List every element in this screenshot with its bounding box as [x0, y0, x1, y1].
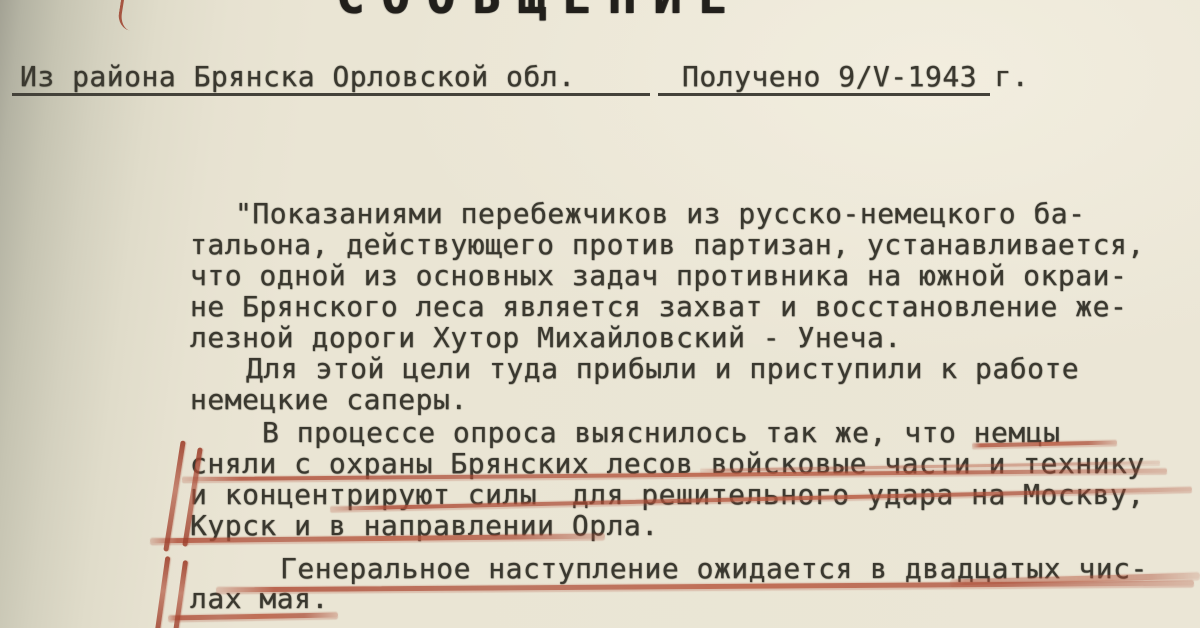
text-line: что одной из основных задач противника н…	[190, 260, 1145, 291]
text-line: лезной дороги Хутор Михайловский - Унеча…	[190, 322, 1145, 353]
text-line: "Показаниями перебежчиков из русско-неме…	[190, 198, 1145, 229]
paragraph-deserters: "Показаниями перебежчиков из русско-неме…	[190, 198, 1145, 415]
text-line: тальона, действующего против партизан, у…	[190, 229, 1145, 260]
text-line: Для этой цели туда прибыли и приступили …	[190, 353, 1145, 384]
header-origin-text: Из района Брянска Орловской обл.	[12, 61, 650, 92]
header-origin: Из района Брянска Орловской обл.	[12, 61, 650, 96]
red-margin-slash-para2-a	[163, 440, 185, 551]
scanned-document-page: СООБЩЕНИЕ Из района Брянска Орловской об…	[0, 0, 1200, 628]
text-line: немецкие саперы.	[190, 384, 1145, 415]
text-line: не Брянского леса является захват и восс…	[190, 291, 1145, 322]
red-pencil-curl-mark	[116, 0, 138, 31]
page-title: СООБЩЕНИЕ	[336, 0, 744, 23]
header-received-date: Получено 9/V-1943 г.	[658, 61, 990, 96]
header-received-text: Получено 9/V-1943 г.	[658, 61, 990, 92]
